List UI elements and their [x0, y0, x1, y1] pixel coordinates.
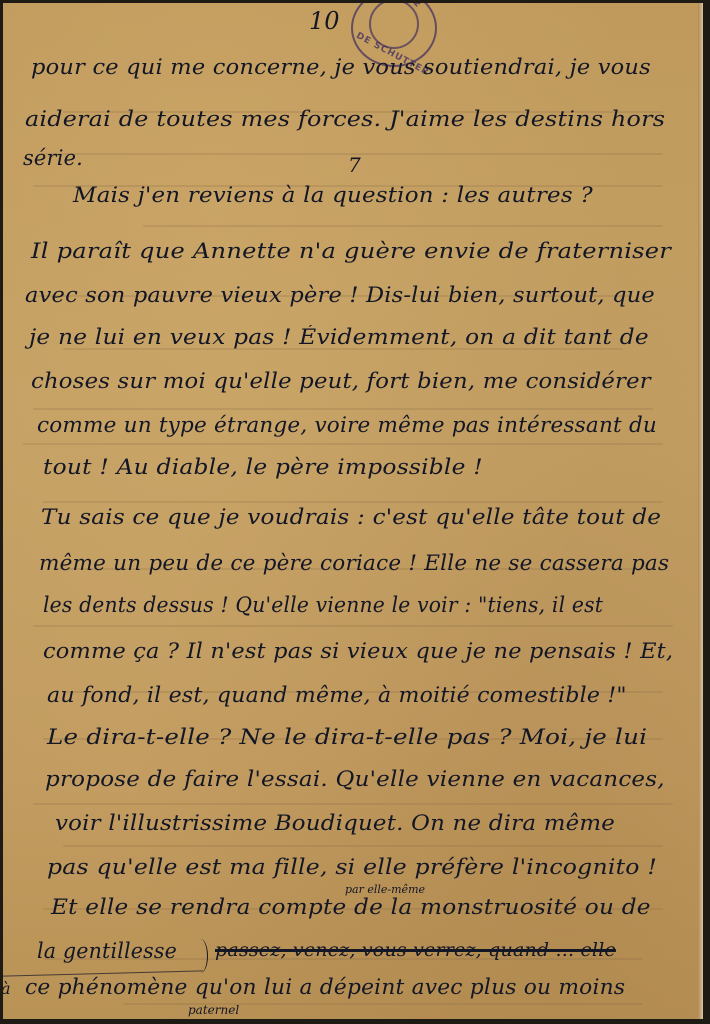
margin-fragment: à [3, 979, 11, 998]
text-line-2: aiderai de toutes mes forces. J'aime les… [25, 107, 665, 131]
text-line-17: propose de faire l'essai. Qu'elle vienne… [45, 767, 665, 791]
struck-through-text: passez, venez, vous verrez, quand ... el… [215, 939, 616, 961]
text-line-7: je ne lui en veux pas ! Évidemment, on a… [29, 325, 649, 349]
text-line-20: Et elle se rendra compte de la monstruos… [51, 895, 651, 919]
bleed-line [33, 803, 673, 805]
text-line-12: même un peu de ce père coriace ! Elle ne… [39, 551, 669, 575]
text-line-22: ce phénomène qu'on lui a dépeint avec pl… [25, 975, 625, 999]
bleed-line [33, 408, 653, 410]
text-line-18: voir l'illustrissime Boudiquet. On ne di… [55, 811, 615, 835]
text-line-13: les dents dessus ! Qu'elle vienne le voi… [43, 593, 603, 617]
bleed-line [33, 625, 673, 627]
text-line-5: Il paraît que Annette n'a guère envie de… [31, 239, 671, 263]
text-line-9: comme un type étrange, voire même pas in… [37, 413, 657, 437]
bleed-line [63, 845, 663, 847]
interlinear-insertion-below: paternel [188, 1003, 239, 1017]
page-number: 10 [309, 7, 340, 35]
bleed-line [143, 225, 663, 227]
insertion-bracket [193, 939, 208, 973]
page-right-edge [698, 3, 703, 1019]
bleed-line [43, 501, 663, 503]
text-line-10: tout ! Au diable, le père impossible ! [43, 455, 483, 479]
text-line-4: Mais j'en reviens à la question : les au… [73, 183, 593, 207]
bleed-line [23, 443, 663, 445]
scan-frame: R.I DE SCHUTTER 10 pour ce qui me concer… [0, 0, 710, 1024]
text-line-16: Le dira-t-elle ? Ne le dira-t-elle pas ?… [47, 725, 647, 749]
section-mark: 7 [348, 153, 361, 177]
text-line-14: comme ça ? Il n'est pas si vieux que je … [43, 639, 673, 663]
text-line-19: pas qu'elle est ma fille, si elle préfèr… [47, 855, 657, 879]
text-line-15: au fond, il est, quand même, à moitié co… [47, 683, 627, 707]
text-line-6: avec son pauvre vieux père ! Dis-lui bie… [25, 283, 655, 307]
text-line-11: Tu sais ce que je voudrais : c'est qu'el… [41, 505, 661, 529]
text-line-3: série. [23, 146, 83, 170]
letter-page: R.I DE SCHUTTER 10 pour ce qui me concer… [3, 3, 703, 1019]
text-line-21: la gentillesse [37, 939, 177, 963]
text-line-1: pour ce qui me concerne, je vous soutien… [31, 55, 651, 79]
text-line-8: choses sur moi qu'elle peut, fort bien, … [31, 369, 651, 393]
